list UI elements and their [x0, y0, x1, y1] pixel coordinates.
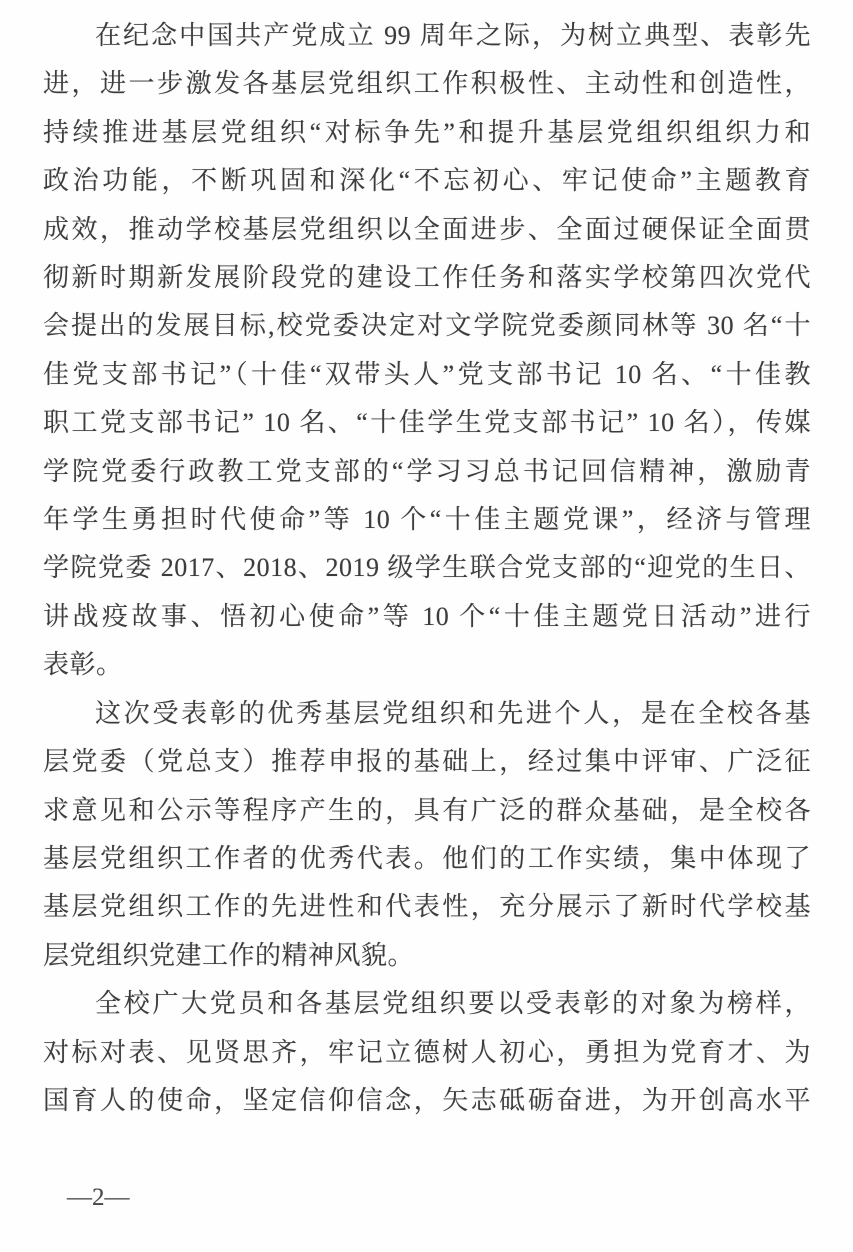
text-line: 层党委（党总支）推荐申报的基础上，经过集中评审、广泛征: [43, 738, 811, 786]
text-line: 基层党组织工作的先进性和代表性，充分展示了新时代学校基: [43, 883, 811, 931]
text-line: 求意见和公示等程序产生的，具有广泛的群众基础，是全校各: [43, 787, 811, 835]
paragraph-1: 在纪念中国共产党成立 99 周年之际，为树立典型、表彰先 进，进一步激发各基层党…: [43, 12, 811, 690]
text-line: 在纪念中国共产党成立 99 周年之际，为树立典型、表彰先: [43, 12, 811, 60]
text-line: 对标对表、见贤思齐，牢记立德树人初心，勇担为党育才、为: [43, 1029, 811, 1077]
text-line: 成效，推动学校基层党组织以全面进步、全面过硬保证全面贯: [43, 206, 811, 254]
page-number: —2—: [67, 1183, 130, 1213]
text-line: 年学生勇担时代使命”等 10 个“十佳主题党课”，经济与管理: [43, 496, 811, 544]
text-line: 这次受表彰的优秀基层党组织和先进个人，是在全校各基: [43, 690, 811, 738]
text-line: 学院党委 2017、2018、2019 级学生联合党支部的“迎党的生日、: [43, 544, 811, 592]
text-line: 进，进一步激发各基层党组织工作积极性、主动性和创造性，: [43, 60, 811, 108]
text-line: 会提出的发展目标,校党委决定对文学院党委颜同林等 30 名“十: [43, 302, 811, 350]
text-line: 基层党组织工作者的优秀代表。他们的工作实绩，集中体现了: [43, 835, 811, 883]
text-line: 层党组织党建工作的精神风貌。: [43, 932, 811, 980]
paragraph-2: 这次受表彰的优秀基层党组织和先进个人，是在全校各基 层党委（党总支）推荐申报的基…: [43, 690, 811, 980]
paragraph-3: 全校广大党员和各基层党组织要以受表彰的对象为榜样， 对标对表、见贤思齐，牢记立德…: [43, 980, 811, 1125]
document-body: 在纪念中国共产党成立 99 周年之际，为树立典型、表彰先 进，进一步激发各基层党…: [43, 12, 811, 1125]
text-line: 表彰。: [43, 641, 811, 689]
text-line: 佳党支部书记”（十佳“双带头人”党支部书记 10 名、“十佳教: [43, 351, 811, 399]
text-line: 职工党支部书记” 10 名、“十佳学生党支部书记” 10 名），传媒: [43, 399, 811, 447]
text-line: 国育人的使命，坚定信仰信念，矢志砥砺奋进，为开创高水平: [43, 1077, 811, 1125]
document-page: 在纪念中国共产党成立 99 周年之际，为树立典型、表彰先 进，进一步激发各基层党…: [0, 0, 853, 1252]
text-line: 全校广大党员和各基层党组织要以受表彰的对象为榜样，: [43, 980, 811, 1028]
text-line: 讲战疫故事、悟初心使命”等 10 个“十佳主题党日活动”进行: [43, 593, 811, 641]
text-line: 学院党委行政教工党支部的“学习习总书记回信精神，激励青: [43, 448, 811, 496]
text-line: 持续推进基层党组织“对标争先”和提升基层党组织组织力和: [43, 109, 811, 157]
text-line: 彻新时期新发展阶段党的建设工作任务和落实学校第四次党代: [43, 254, 811, 302]
text-line: 政治功能，不断巩固和深化“不忘初心、牢记使命”主题教育: [43, 157, 811, 205]
